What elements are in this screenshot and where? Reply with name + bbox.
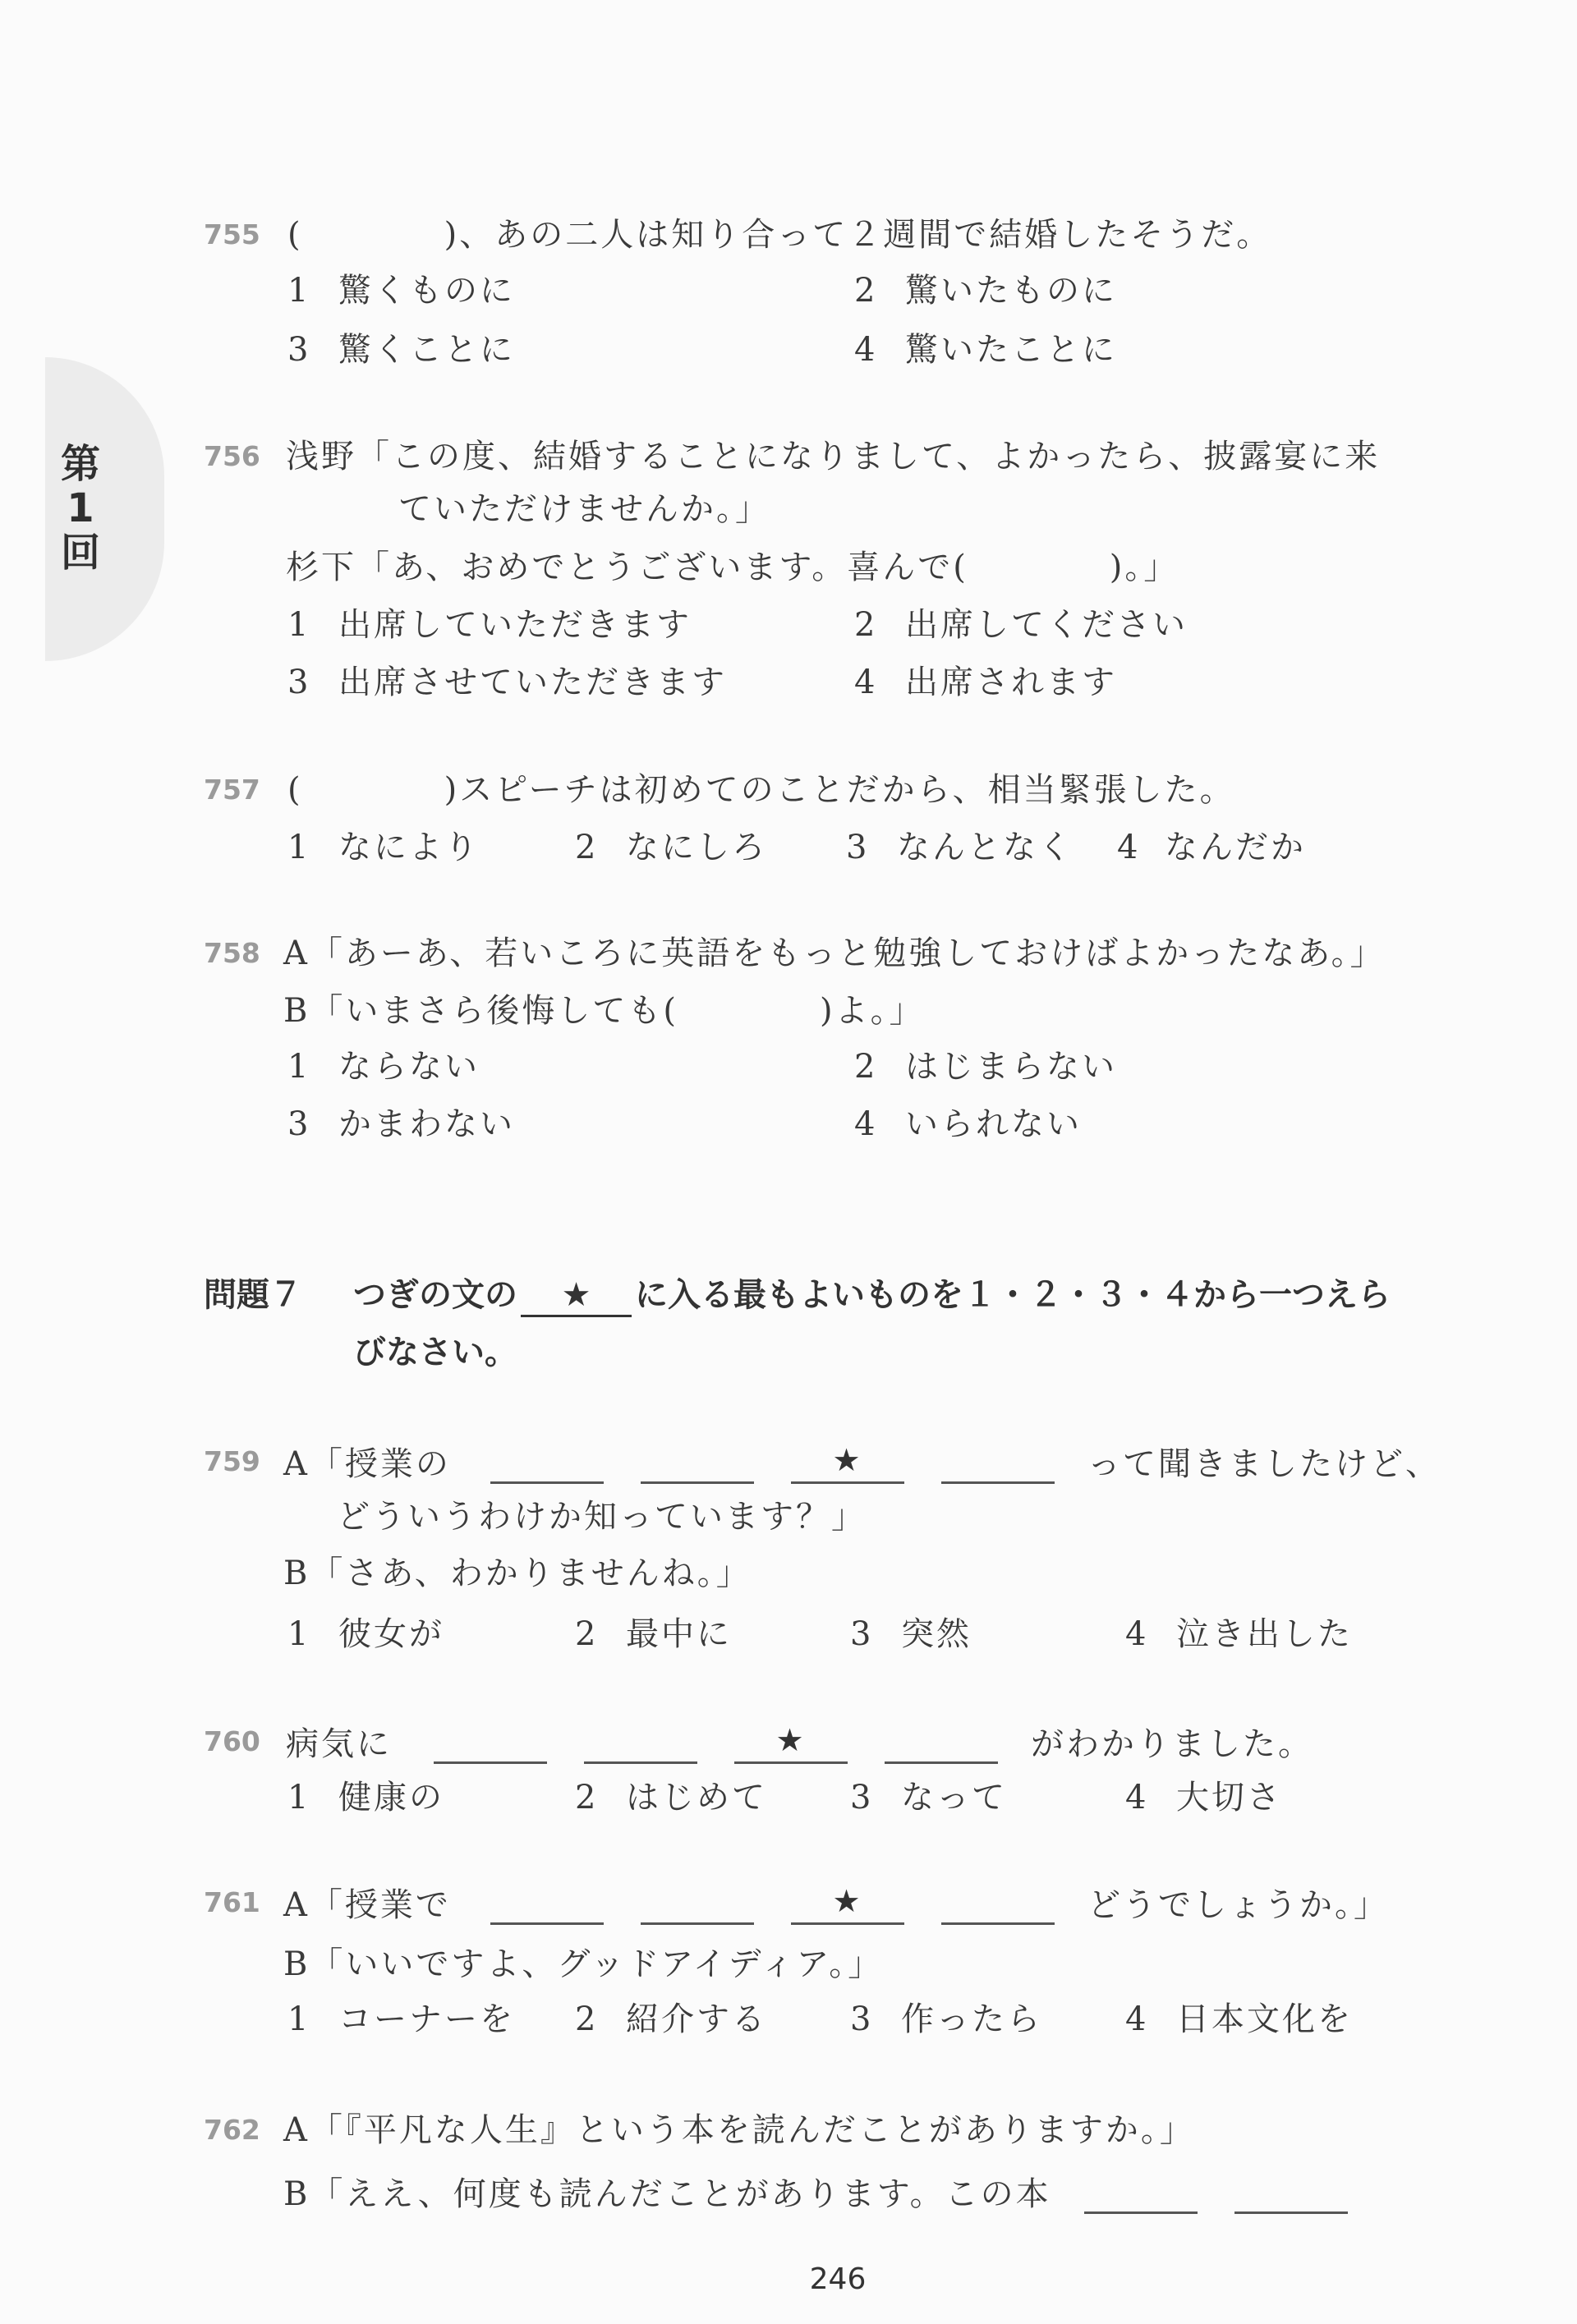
question-text: 杉下「あ、おめでとうございます。喜んで( )。」	[286, 548, 1179, 587]
option-text: 日本文化を	[1176, 2000, 1353, 2038]
question-text-before: A「授業の	[283, 1444, 490, 1484]
option-2[interactable]: 2なにしろ	[575, 828, 767, 867]
answer-blank[interactable]	[641, 1883, 754, 1925]
question-text: ( )、あの二人は知り合って２週間で結婚したそうだ。	[287, 215, 1271, 255]
question-text-before: A「授業で	[283, 1885, 490, 1925]
question-text: 浅野「この度、結婚することになりまして、よかったら、披露宴に来	[286, 437, 1380, 476]
question-number: 762	[204, 2110, 260, 2150]
section-instruction: つぎの文の	[353, 1276, 517, 1314]
question-number: 755	[204, 215, 260, 255]
option-number: 2	[854, 605, 905, 645]
option-number: 1	[287, 828, 338, 867]
option-1[interactable]: 1ならない	[287, 1047, 480, 1086]
answer-blank[interactable]	[885, 1722, 998, 1764]
question-text: A「あーあ、若いころに英語をもっと勉強しておけばよかったなあ。」	[283, 934, 1386, 973]
option-number: 4	[854, 663, 905, 702]
question-text-before: 病気に	[286, 1725, 434, 1764]
option-text: なんとなく	[897, 829, 1074, 866]
question-text-before: B「ええ、何度も読んだことがあります。この本	[283, 2175, 1051, 2214]
option-1[interactable]: 1なにより	[287, 828, 480, 867]
option-3[interactable]: 3なって	[850, 1778, 1007, 1817]
option-number: 2	[575, 2000, 626, 2039]
option-text: 驚くことに	[338, 331, 515, 369]
question-text: ( )スピーチは初めてのことだから、相当緊張した。	[287, 770, 1235, 810]
question-text: A「授業のって聞きましたけど、	[283, 1442, 1441, 1484]
option-number: 1	[287, 2000, 338, 2039]
answer-blank[interactable]	[941, 1442, 1055, 1484]
option-text: 出席していただきます	[338, 606, 692, 644]
option-text: 最中に	[626, 1615, 732, 1653]
option-number: 1	[287, 1047, 338, 1086]
option-number: 3	[850, 2000, 901, 2039]
page-number: 246	[801, 2262, 875, 2296]
option-text: はじめて	[626, 1779, 767, 1816]
question-text: B「いまさら後悔しても( )よ。」	[283, 991, 925, 1031]
question-number: 760	[204, 1722, 260, 1761]
question-text: A「『平凡な人生』という本を読んだことがありますか。」	[283, 2110, 1195, 2150]
option-3[interactable]: 3作ったら	[850, 2000, 1042, 2039]
section-heading: 問題７つぎの文の★に入る最もよいものを１・２・３・４から一つえら	[204, 1275, 1391, 1317]
option-text: 出席させていただきます	[338, 664, 727, 701]
option-text: 驚くものに	[338, 272, 515, 310]
option-number: 3	[846, 828, 897, 867]
question-text-after: がわかりました。	[1031, 1725, 1313, 1763]
option-text: 出席してください	[905, 606, 1188, 644]
option-4[interactable]: 4日本文化を	[1125, 2000, 1353, 2039]
section-label: 問題７	[204, 1275, 353, 1315]
option-1[interactable]: 1彼女が	[287, 1614, 444, 1654]
option-number: 2	[854, 271, 905, 310]
option-number: 3	[850, 1614, 901, 1654]
option-4[interactable]: 4出席されます	[854, 663, 1117, 702]
question-number: 756	[204, 437, 260, 476]
option-text: 出席されます	[905, 664, 1117, 701]
answer-blank[interactable]	[1234, 2172, 1348, 2214]
option-text: かまわない	[338, 1105, 515, 1143]
option-number: 2	[575, 1614, 626, 1654]
option-text: 健康の	[338, 1779, 444, 1816]
question-text: ていただけませんか。」	[398, 489, 770, 529]
option-text: 紹介する	[626, 2000, 767, 2038]
option-text: ならない	[338, 1048, 480, 1086]
option-3[interactable]: 3なんとなく	[846, 828, 1074, 867]
option-text: なって	[901, 1779, 1007, 1816]
answer-blank-star[interactable]	[791, 1883, 904, 1925]
option-2[interactable]: 2最中に	[575, 1614, 732, 1654]
option-2[interactable]: 2驚いたものに	[854, 271, 1117, 310]
section-instruction: に入る最もよいものを１・２・３・４から一つえら	[635, 1276, 1391, 1314]
question-text: B「いいですよ、グッドアイディア。」	[283, 1945, 883, 1984]
option-3[interactable]: 3驚くことに	[287, 330, 515, 370]
option-text: コーナーを	[338, 2000, 515, 2038]
question-text-after: って聞きましたけど、	[1087, 1445, 1441, 1483]
option-4[interactable]: 4大切さ	[1125, 1778, 1282, 1817]
option-3[interactable]: 3かまわない	[287, 1105, 515, 1144]
option-1[interactable]: 1健康の	[287, 1778, 444, 1817]
star-blank-example: ★	[521, 1275, 632, 1317]
question-text: B「ええ、何度も読んだことがあります。この本	[283, 2172, 1385, 2214]
question-text: 病気にがわかりました。	[286, 1722, 1313, 1764]
answer-blank[interactable]	[641, 1442, 754, 1484]
option-1[interactable]: 1驚くものに	[287, 271, 515, 310]
option-number: 1	[287, 1614, 338, 1654]
option-2[interactable]: 2出席してください	[854, 605, 1188, 645]
answer-blank-star[interactable]	[791, 1442, 904, 1484]
option-text: 彼女が	[338, 1615, 444, 1653]
answer-blank[interactable]	[941, 1883, 1055, 1925]
question-text: A「授業でどうでしょうか。」	[283, 1883, 1389, 1925]
section-instruction-line2: びなさい。	[353, 1333, 517, 1372]
question-number: 759	[204, 1442, 260, 1481]
option-2[interactable]: 2はじめて	[575, 1778, 767, 1817]
option-number: 4	[1125, 1614, 1176, 1654]
question-number: 757	[204, 770, 260, 810]
option-text: 大切さ	[1176, 1779, 1282, 1816]
answer-blank[interactable]	[584, 1722, 697, 1764]
option-3[interactable]: 3突然	[850, 1614, 972, 1654]
chapter-number: 1	[56, 486, 105, 530]
option-1[interactable]: 1コーナーを	[287, 2000, 515, 2039]
option-text: 驚いたことに	[905, 331, 1117, 369]
question-number: 758	[204, 934, 260, 973]
option-number: 2	[854, 1047, 905, 1086]
option-4[interactable]: 4驚いたことに	[854, 330, 1117, 370]
option-text: いられない	[905, 1105, 1082, 1143]
option-number: 2	[575, 828, 626, 867]
answer-blank[interactable]	[1084, 2172, 1198, 2214]
option-4[interactable]: 4いられない	[854, 1105, 1082, 1144]
answer-blank-star[interactable]	[734, 1722, 848, 1764]
option-4[interactable]: 4泣き出した	[1125, 1614, 1353, 1654]
option-number: 1	[287, 271, 338, 310]
question-number: 761	[204, 1883, 260, 1922]
answer-blank[interactable]	[490, 1883, 604, 1925]
option-number: 3	[850, 1778, 901, 1817]
question-text: B「さあ、わかりませんね。」	[283, 1554, 752, 1593]
option-1[interactable]: 1出席していただきます	[287, 605, 692, 645]
option-number: 4	[1125, 2000, 1176, 2039]
option-3[interactable]: 3出席させていただきます	[287, 663, 727, 702]
answer-blank[interactable]	[490, 1442, 604, 1484]
chapter-char: 回	[56, 530, 105, 575]
option-number: 3	[287, 1105, 338, 1144]
option-text: 泣き出した	[1176, 1615, 1353, 1653]
option-number: 1	[287, 1778, 338, 1817]
option-2[interactable]: 2紹介する	[575, 2000, 767, 2039]
option-text: はじまらない	[905, 1048, 1117, 1086]
option-text: 作ったら	[901, 2000, 1042, 2038]
option-number: 4	[1117, 828, 1165, 867]
option-number: 4	[854, 1105, 905, 1144]
chapter-label: 第 1 回	[56, 442, 105, 575]
option-number: 3	[287, 330, 338, 370]
option-text: なにより	[338, 829, 480, 866]
option-number: 3	[287, 663, 338, 702]
chapter-char: 第	[56, 442, 105, 486]
option-4[interactable]: 4なんだか	[1117, 828, 1306, 867]
option-number: 1	[287, 605, 338, 645]
option-number: 4	[854, 330, 905, 370]
question-text: どういうわけか知っています？」	[337, 1497, 867, 1536]
option-text: なんだか	[1165, 829, 1306, 866]
star-icon: ★	[562, 1276, 591, 1314]
option-text: 驚いたものに	[905, 272, 1117, 310]
answer-blank[interactable]	[434, 1722, 547, 1764]
option-text: 突然	[901, 1615, 972, 1653]
option-number: 4	[1125, 1778, 1176, 1817]
question-text-after: どうでしょうか。」	[1087, 1886, 1389, 1924]
option-text: なにしろ	[626, 829, 767, 866]
option-2[interactable]: 2はじまらない	[854, 1047, 1117, 1086]
option-number: 2	[575, 1778, 626, 1817]
